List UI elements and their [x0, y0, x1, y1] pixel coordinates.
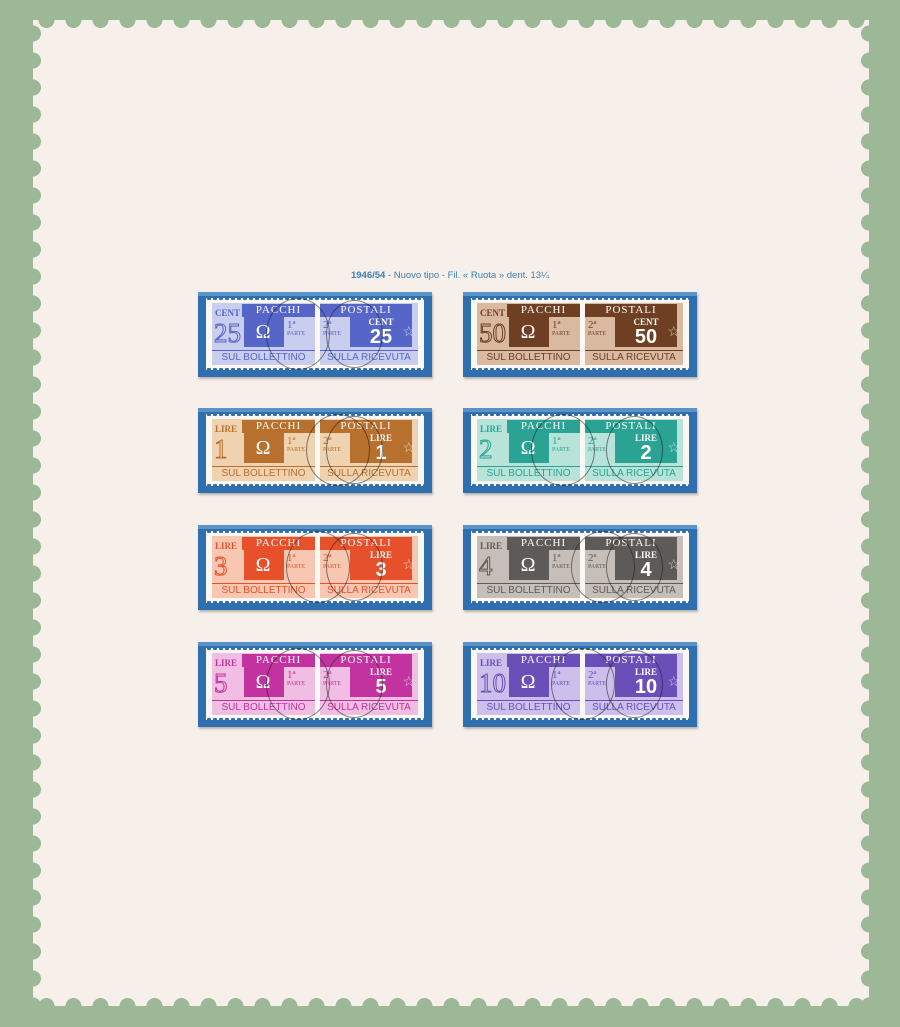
- star-icon: ☆: [402, 556, 415, 573]
- part-label: 1ªPARTE: [287, 435, 305, 453]
- part-label: 2ªPARTE: [588, 552, 606, 570]
- star-icon: ☆: [667, 673, 680, 690]
- stamp-left-half: LIRE 10 PACCHI Ω 1ªPARTE SUL BOLLETTINO: [477, 653, 580, 715]
- value-left: 50: [479, 318, 506, 349]
- stamp-right-half: POSTALI 2ªPARTE CENT50 ☆ SULLA RICEVUTA: [585, 303, 683, 365]
- value-left: 2: [479, 434, 493, 465]
- stamp-left-half: CENT 25 PACCHI Ω 1ªPARTE SUL BOLLETTINO: [212, 303, 315, 365]
- part-label: 2ªPARTE: [323, 435, 341, 453]
- part-label: 2ªPARTE: [323, 552, 341, 570]
- stamp-left-half: LIRE 1 PACCHI Ω 1ªPARTE SUL BOLLETTINO: [212, 419, 315, 481]
- unit-label: LIRE: [215, 424, 237, 434]
- posthorn-icon: Ω: [244, 667, 284, 697]
- stamp-pair: LIRE 10 PACCHI Ω 1ªPARTE SUL BOLLETTINO …: [471, 648, 689, 720]
- unit-label: LIRE: [215, 658, 237, 668]
- posthorn-icon: Ω: [509, 433, 549, 463]
- bottom-text-right: SULLA RICEVUTA: [585, 350, 683, 364]
- bottom-text-right: SULLA RICEVUTA: [320, 350, 418, 364]
- header-pacchi: PACCHI: [507, 654, 580, 667]
- bottom-text-left: SUL BOLLETTINO: [212, 583, 315, 597]
- bottom-text-left: SUL BOLLETTINO: [212, 700, 315, 714]
- stamp-mount: LIRE 3 PACCHI Ω 1ªPARTE SUL BOLLETTINO P…: [198, 525, 432, 610]
- part-label: 2ªPARTE: [323, 669, 341, 687]
- unit-label: LIRE: [480, 541, 502, 551]
- stamp-mount: LIRE 10 PACCHI Ω 1ªPARTE SUL BOLLETTINO …: [463, 642, 697, 727]
- bottom-text-right: SULLA RICEVUTA: [585, 466, 683, 480]
- bottom-text-right: SULLA RICEVUTA: [320, 583, 418, 597]
- star-icon: ☆: [667, 439, 680, 456]
- perforation-right: [861, 20, 877, 1006]
- unit-label: CENT: [215, 308, 240, 318]
- part-label: 2ªPARTE: [323, 319, 341, 337]
- part-label: 1ªPARTE: [287, 319, 305, 337]
- bottom-text-right: SULLA RICEVUTA: [585, 700, 683, 714]
- star-icon: ☆: [667, 323, 680, 340]
- caption-description: - Nuovo tipo - Fil. « Ruota » dent. 13¼: [385, 270, 549, 281]
- stamp-pair: LIRE 5 PACCHI Ω 1ªPARTE SUL BOLLETTINO P…: [206, 648, 424, 720]
- stamp-mount: LIRE 2 PACCHI Ω 1ªPARTE SUL BOLLETTINO P…: [463, 408, 697, 493]
- part-label: 1ªPARTE: [552, 435, 570, 453]
- part-label: 1ªPARTE: [552, 669, 570, 687]
- value-left: 1: [214, 434, 228, 465]
- star-icon: ☆: [402, 673, 415, 690]
- header-pacchi: PACCHI: [507, 537, 580, 550]
- bottom-text-left: SUL BOLLETTINO: [477, 583, 580, 597]
- part-label: 1ªPARTE: [287, 552, 305, 570]
- bottom-text-left: SUL BOLLETTINO: [477, 466, 580, 480]
- unit-label: CENT: [480, 308, 505, 318]
- posthorn-icon: Ω: [244, 550, 284, 580]
- unit-label: LIRE: [480, 658, 502, 668]
- header-postali: POSTALI: [320, 420, 412, 433]
- part-label: 2ªPARTE: [588, 319, 606, 337]
- stamp-mount: CENT 25 PACCHI Ω 1ªPARTE SUL BOLLETTINO …: [198, 292, 432, 377]
- stamp-mount: LIRE 1 PACCHI Ω 1ªPARTE SUL BOLLETTINO P…: [198, 408, 432, 493]
- header-postali: POSTALI: [585, 304, 677, 317]
- stamp-right-half: POSTALI 2ªPARTE LIRE2 ☆ SULLA RICEVUTA: [585, 419, 683, 481]
- stamp-mount: CENT 50 PACCHI Ω 1ªPARTE SUL BOLLETTINO …: [463, 292, 697, 377]
- stamp-left-half: LIRE 2 PACCHI Ω 1ªPARTE SUL BOLLETTINO: [477, 419, 580, 481]
- header-postali: POSTALI: [585, 654, 677, 667]
- caption-years: 1946/54: [351, 270, 385, 281]
- stamp-mount: LIRE 4 PACCHI Ω 1ªPARTE SUL BOLLETTINO P…: [463, 525, 697, 610]
- header-pacchi: PACCHI: [242, 420, 315, 433]
- part-label: 1ªPARTE: [287, 669, 305, 687]
- stamp-left-half: LIRE 5 PACCHI Ω 1ªPARTE SUL BOLLETTINO: [212, 653, 315, 715]
- star-icon: ☆: [402, 323, 415, 340]
- stamp-right-half: POSTALI 2ªPARTE LIRE3 ☆ SULLA RICEVUTA: [320, 536, 418, 598]
- value-left: 3: [214, 551, 228, 582]
- stamp-right-half: POSTALI 2ªPARTE LIRE4 ☆ SULLA RICEVUTA: [585, 536, 683, 598]
- posthorn-icon: Ω: [244, 433, 284, 463]
- stamp-left-half: CENT 50 PACCHI Ω 1ªPARTE SUL BOLLETTINO: [477, 303, 580, 365]
- stamp-right-half: POSTALI 2ªPARTE CENT25 ☆ SULLA RICEVUTA: [320, 303, 418, 365]
- part-label: 2ªPARTE: [588, 435, 606, 453]
- bottom-text-right: SULLA RICEVUTA: [585, 583, 683, 597]
- header-postali: POSTALI: [585, 420, 677, 433]
- part-label: 1ªPARTE: [552, 319, 570, 337]
- bottom-text-left: SUL BOLLETTINO: [477, 350, 580, 364]
- album-page: [33, 20, 869, 1006]
- stamp-pair: LIRE 3 PACCHI Ω 1ªPARTE SUL BOLLETTINO P…: [206, 531, 424, 603]
- star-icon: ☆: [402, 439, 415, 456]
- header-pacchi: PACCHI: [242, 304, 315, 317]
- stamp-right-half: POSTALI 2ªPARTE LIRE1 ☆ SULLA RICEVUTA: [320, 419, 418, 481]
- bottom-text-right: SULLA RICEVUTA: [320, 700, 418, 714]
- posthorn-icon: Ω: [244, 317, 284, 347]
- header-pacchi: PACCHI: [242, 654, 315, 667]
- bottom-text-left: SUL BOLLETTINO: [212, 466, 315, 480]
- bottom-text-right: SULLA RICEVUTA: [320, 466, 418, 480]
- stamp-right-half: POSTALI 2ªPARTE LIRE5 ☆ SULLA RICEVUTA: [320, 653, 418, 715]
- part-label: 2ªPARTE: [588, 669, 606, 687]
- posthorn-icon: Ω: [509, 667, 549, 697]
- unit-label: LIRE: [480, 424, 502, 434]
- unit-label: LIRE: [215, 541, 237, 551]
- perforation-bottom: [33, 998, 869, 1014]
- page-caption: 1946/54 - Nuovo tipo - Fil. « Ruota » de…: [300, 270, 600, 281]
- header-postali: POSTALI: [320, 304, 412, 317]
- header-pacchi: PACCHI: [507, 304, 580, 317]
- stamp-pair: LIRE 4 PACCHI Ω 1ªPARTE SUL BOLLETTINO P…: [471, 531, 689, 603]
- header-pacchi: PACCHI: [242, 537, 315, 550]
- header-postali: POSTALI: [320, 537, 412, 550]
- posthorn-icon: Ω: [509, 550, 549, 580]
- part-label: 1ªPARTE: [552, 552, 570, 570]
- stamp-pair: CENT 25 PACCHI Ω 1ªPARTE SUL BOLLETTINO …: [206, 298, 424, 370]
- stamp-right-half: POSTALI 2ªPARTE LIRE10 ☆ SULLA RICEVUTA: [585, 653, 683, 715]
- value-left: 4: [479, 551, 493, 582]
- stamp-left-half: LIRE 4 PACCHI Ω 1ªPARTE SUL BOLLETTINO: [477, 536, 580, 598]
- star-icon: ☆: [667, 556, 680, 573]
- header-postali: POSTALI: [320, 654, 412, 667]
- stamp-pair: LIRE 2 PACCHI Ω 1ªPARTE SUL BOLLETTINO P…: [471, 414, 689, 486]
- bottom-text-left: SUL BOLLETTINO: [477, 700, 580, 714]
- header-postali: POSTALI: [585, 537, 677, 550]
- value-left: 5: [214, 668, 228, 699]
- stamp-mount: LIRE 5 PACCHI Ω 1ªPARTE SUL BOLLETTINO P…: [198, 642, 432, 727]
- value-left: 10: [479, 668, 506, 699]
- perforation-top: [33, 12, 869, 28]
- header-pacchi: PACCHI: [507, 420, 580, 433]
- value-left: 25: [214, 318, 241, 349]
- perforation-left: [25, 20, 41, 1006]
- stamp-left-half: LIRE 3 PACCHI Ω 1ªPARTE SUL BOLLETTINO: [212, 536, 315, 598]
- stamp-pair: LIRE 1 PACCHI Ω 1ªPARTE SUL BOLLETTINO P…: [206, 414, 424, 486]
- bottom-text-left: SUL BOLLETTINO: [212, 350, 315, 364]
- posthorn-icon: Ω: [509, 317, 549, 347]
- stamp-pair: CENT 50 PACCHI Ω 1ªPARTE SUL BOLLETTINO …: [471, 298, 689, 370]
